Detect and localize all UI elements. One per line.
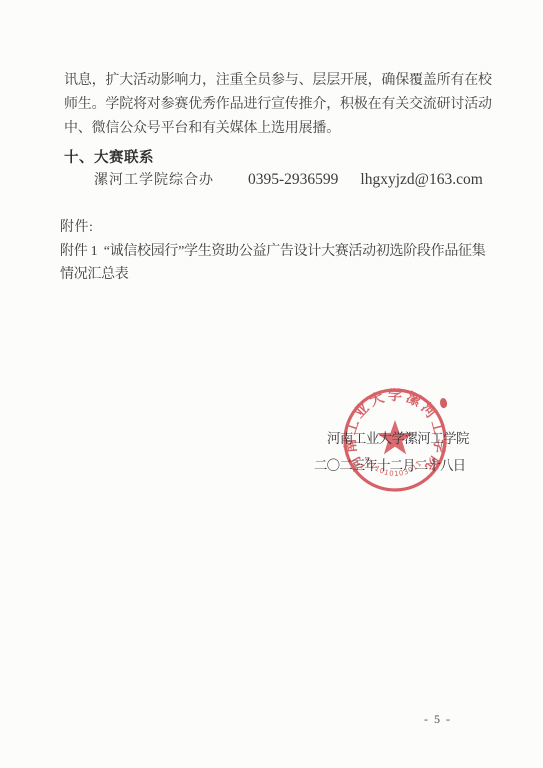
body-paragraph: 讯息，扩大活动影响力，注重全员参与、层层开展，确保覆盖所有在校 师生。学院将对参… (64, 69, 494, 141)
section-heading-contest-contact: 十、大赛联系 (64, 146, 154, 167)
page-number: - 5 - (424, 712, 452, 727)
contact-office-name: 漯河工学院综合办 (94, 169, 214, 189)
contact-phone-number: 0395-2936599 (248, 171, 338, 189)
document-page: 讯息，扩大活动影响力，注重全员参与、层层开展，确保覆盖所有在校 师生。学院将对参… (0, 0, 543, 768)
paragraph-line-1: 讯息，扩大活动影响力，注重全员参与、层层开展，确保覆盖所有在校 (64, 69, 494, 93)
paragraph-line-2: 师生。学院将对参赛优秀作品进行宣传推介，积极在有关交流研讨活动 (64, 93, 494, 117)
attachments-label: 附件: (60, 216, 93, 236)
signature-date: 二〇二三年十二月二十八日 (314, 454, 465, 474)
contact-row: 漯河工学院综合办 0395-2936599 lhgxyjzd@163.com (94, 169, 483, 189)
signature-institution: 河南工业大学漯河工学院 (327, 427, 469, 447)
attachment-item-line-2: 情况汇总表 (60, 263, 129, 283)
attachment-item-line-1: 附件 1 “诚信校园行”学生资助公益广告设计大赛活动初选阶段作品征集 (60, 240, 485, 260)
paragraph-line-3: 中、微信公众号平台和有关媒体上选用展播。 (64, 117, 494, 141)
contact-email-address: lhgxyjzd@163.com (360, 171, 482, 189)
